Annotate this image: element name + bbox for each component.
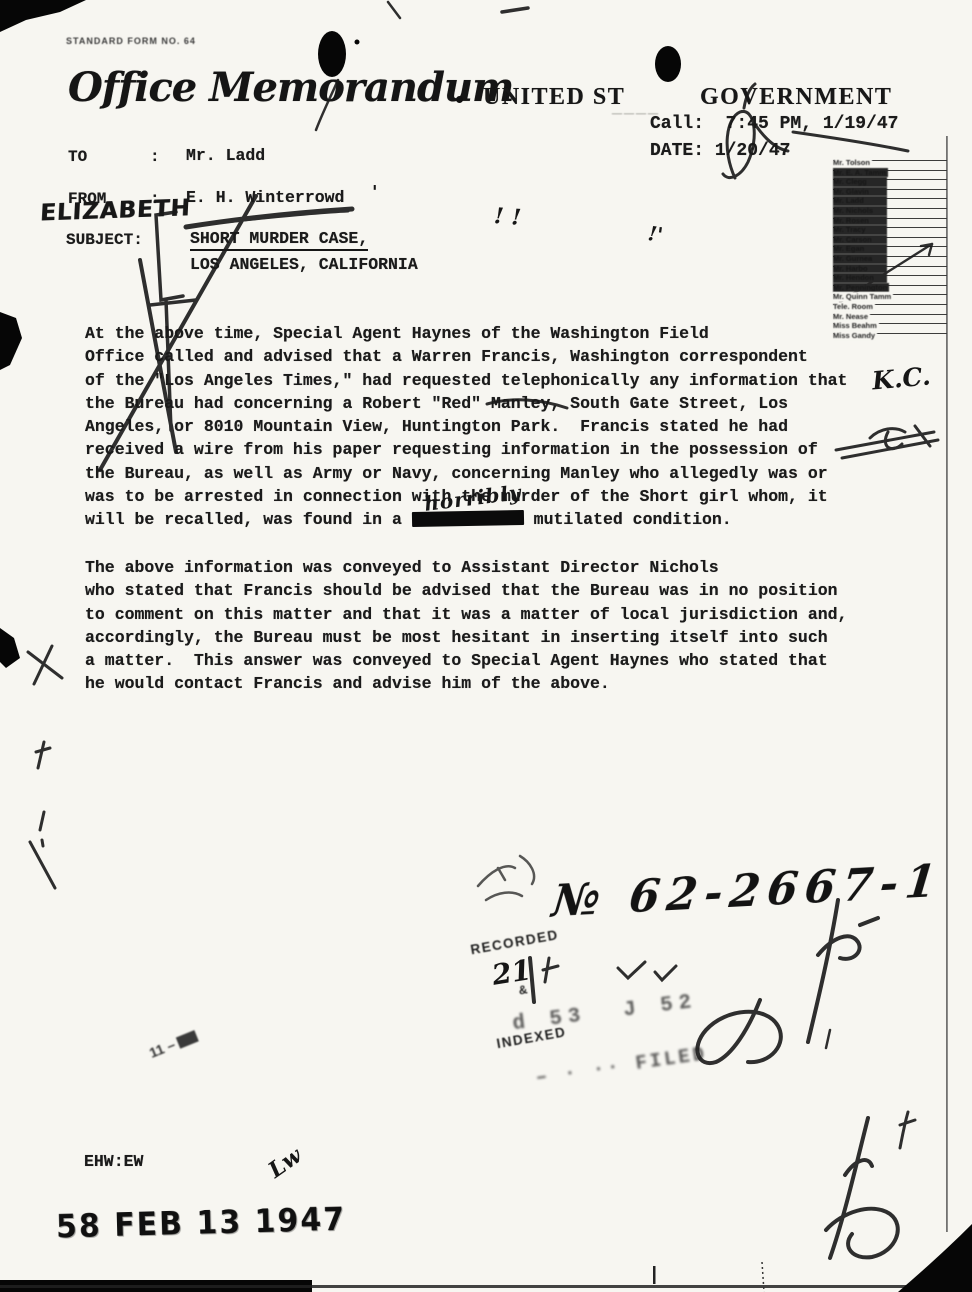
corner-artifact-topleft xyxy=(0,0,86,32)
handwritten-elizabeth: ELIZABETH xyxy=(39,195,191,226)
body-line: he would contact Francis and advise him … xyxy=(85,672,897,695)
edge-artifact-left-1 xyxy=(0,312,22,370)
to-value: Mr. Ladd xyxy=(186,146,265,165)
bottom-bar-left xyxy=(0,1280,312,1292)
date-value: 1/20/47 xyxy=(715,141,791,161)
body-line: of the "Los Angeles Times," had requeste… xyxy=(85,369,897,392)
scan-edge-line xyxy=(946,136,948,1232)
call-row: Call: 7:45 PM, 1/19/47 xyxy=(650,114,898,134)
top-mark-1 xyxy=(388,2,400,18)
handwritten-lw: Lw xyxy=(264,1142,307,1183)
margin-note-kc: K.C. xyxy=(871,362,932,396)
form-number: STANDARD FORM NO. 64 xyxy=(66,36,196,46)
bottom-line xyxy=(0,1285,972,1288)
body-line: the Bureau had concerning a Robert "Red"… xyxy=(85,392,897,415)
from-value: E. H. Winterrowd xyxy=(186,188,344,207)
to-label: TO xyxy=(68,148,87,166)
org-name-left: UNITED ST xyxy=(483,84,625,111)
margin-marks xyxy=(28,646,62,888)
org-name-right: GOVERNMENT xyxy=(700,84,892,111)
recorded-smudge xyxy=(478,856,534,900)
paragraph-2-lines: The above information was conveyed to As… xyxy=(85,556,897,696)
bottom-right-scrawl xyxy=(826,1030,915,1258)
edge-artifact-left-2 xyxy=(0,628,20,668)
date-label: DATE: xyxy=(650,141,704,161)
body-line: a matter. This answer was conveyed to Sp… xyxy=(85,649,897,672)
corner-artifact-bottomright xyxy=(898,1224,972,1292)
winterrowd-underline xyxy=(186,209,352,227)
exclamation-marks: ! ! xyxy=(493,203,522,231)
body-line: The above information was conveyed to As… xyxy=(85,556,897,579)
call-value: 7:45 PM, 1/19/47 xyxy=(726,114,899,134)
memo-page: STANDARD FORM NO. 64 Office Memorandum U… xyxy=(0,0,972,1292)
exclamation-marks-2: !' xyxy=(646,221,664,247)
date-row: DATE: 1/20/47 xyxy=(650,141,790,161)
paragraph-2: The above information was conveyed to As… xyxy=(85,556,897,696)
small-stamp: 11 – xyxy=(147,1027,200,1061)
ink-dot xyxy=(355,40,360,45)
body-line: accordingly, the Bureau must be most hes… xyxy=(85,626,897,649)
stamp-box-icon xyxy=(176,1030,199,1049)
crease-dotted xyxy=(762,1262,764,1292)
paragraph-1-lastline: will be recalled, was found in a mutilat… xyxy=(85,508,897,531)
paragraph-1-lines: At the above time, Special Agent Haynes … xyxy=(85,322,897,508)
hole-punch-icon-2 xyxy=(655,46,681,82)
separator-dot-icon xyxy=(456,96,463,103)
indexed-number: 21 xyxy=(490,953,534,992)
typist-initials: EHW:EW xyxy=(84,1152,143,1171)
call-label: Call: xyxy=(650,114,704,134)
body-line: who stated that Francis should be advise… xyxy=(85,579,897,602)
body-line: Office called and advised that a Warren … xyxy=(85,345,897,368)
subject-line1: SHORT MURDER CASE, xyxy=(190,229,368,251)
file-number: № 62-2667-1 xyxy=(550,856,946,928)
pen-tick: ' xyxy=(372,182,378,203)
body-line: Angeles, or 8010 Mountain View, Huntingt… xyxy=(85,415,897,438)
subject-label: SUBJECT: xyxy=(66,231,143,249)
bottom-tick xyxy=(653,1266,656,1284)
routing-stamp: Mr. TolsonMr. E. A. TammMr. CleggMr. Gla… xyxy=(833,152,945,334)
memo-title: Office Memorandum xyxy=(68,64,513,111)
body-line: the Bureau, as well as Army or Navy, con… xyxy=(85,462,897,485)
routing-row: Mr. Tolson xyxy=(833,152,945,162)
body-line: to comment on this matter and that it wa… xyxy=(85,603,897,626)
subject-line2: LOS ANGELES, CALIFORNIA xyxy=(190,255,418,274)
body-line: At the above time, Special Agent Haynes … xyxy=(85,322,897,345)
to-colon: : xyxy=(150,148,160,166)
received-date-stamp: 58 FEB 13 1947 xyxy=(56,1201,347,1246)
body-line: received a wire from his paper requestin… xyxy=(85,438,897,461)
top-mark-2 xyxy=(502,8,528,12)
